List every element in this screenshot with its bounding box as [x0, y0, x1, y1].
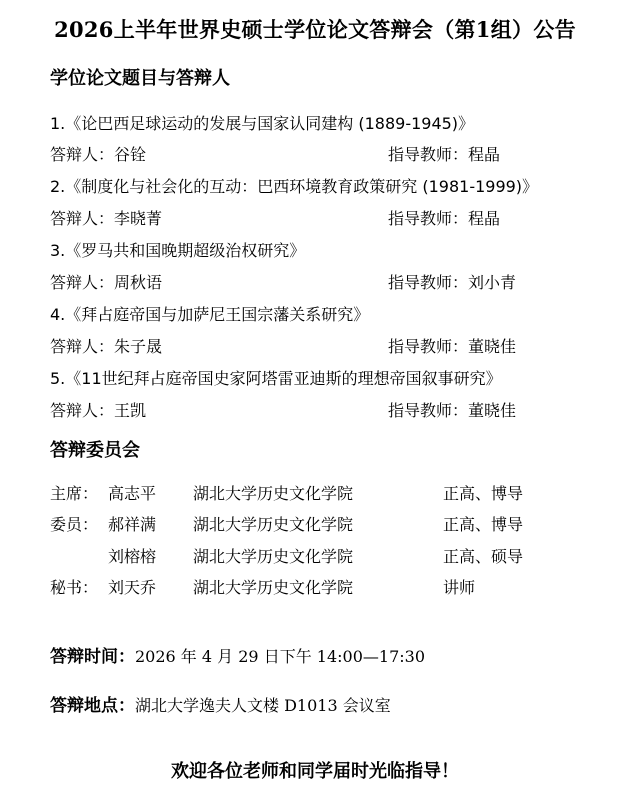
respondent-label: 答辩人： — [50, 273, 114, 292]
committee-member-row: 秘书： 刘天乔 湖北大学历史文化学院 讲师 — [0, 574, 630, 602]
member-rank: 正高、硕导 — [443, 543, 523, 571]
committee-member-row: 刘榕榕 湖北大学历史文化学院 正高、硕导 — [0, 543, 630, 571]
member-institution: 湖北大学历史文化学院 — [193, 511, 353, 539]
respondent-label: 答辩人： — [50, 209, 114, 228]
advisor-label: 指导教师： — [388, 401, 468, 420]
thesis-title: 《论巴西足球运动的发展与国家认同建构 (1889-1945)》 — [65, 114, 474, 133]
respondent-name: 朱子晟 — [114, 337, 162, 356]
member-name: 高志平 — [108, 480, 156, 508]
member-rank: 正高、博导 — [443, 511, 523, 539]
defense-time-value: 2026 年 4 月 29 日下午 14:00—17:30 — [135, 647, 425, 666]
respondent-label: 答辩人： — [50, 401, 114, 420]
advisor-label: 指导教师： — [388, 273, 468, 292]
thesis-people-row: 答辩人：朱子晟 指导教师：董晓佳 — [50, 333, 610, 361]
closing-invitation: 欢迎各位老师和同学届时光临指导！ — [0, 757, 630, 783]
respondent-name: 周秋语 — [114, 273, 162, 292]
defense-location: 答辩地点：湖北大学逸夫人文楼 D1013 会议室 — [50, 692, 391, 720]
thesis-people-row: 答辩人：王凯 指导教师：董晓佳 — [50, 397, 610, 425]
member-name: 刘天乔 — [108, 574, 156, 602]
defense-location-label: 答辩地点： — [50, 696, 135, 716]
member-name: 郝祥满 — [108, 511, 156, 539]
advisor-label: 指导教师： — [388, 145, 468, 164]
advisor-label: 指导教师： — [388, 337, 468, 356]
thesis-people-row: 答辩人：周秋语 指导教师：刘小青 — [50, 269, 610, 297]
thesis-title: 《拜占庭帝国与加萨尼王国宗藩关系研究》 — [65, 305, 369, 324]
respondent-label: 答辩人： — [50, 337, 114, 356]
advisor-name: 刘小青 — [468, 273, 516, 292]
member-name: 刘榕榕 — [108, 543, 156, 571]
member-institution: 湖北大学历史文化学院 — [193, 574, 353, 602]
thesis-number: 1. — [50, 114, 65, 133]
advisor-name: 程晶 — [468, 209, 500, 228]
advisor-label: 指导教师： — [388, 209, 468, 228]
defense-time: 答辩时间：2026 年 4 月 29 日下午 14:00—17:30 — [50, 643, 425, 671]
respondent-name: 王凯 — [114, 401, 146, 420]
thesis-number: 5. — [50, 369, 65, 388]
committee-member-row: 主席： 高志平 湖北大学历史文化学院 正高、博导 — [0, 480, 630, 508]
thesis-title: 《罗马共和国晚期超级治权研究》 — [65, 241, 305, 260]
member-rank: 讲师 — [443, 574, 475, 602]
member-institution: 湖北大学历史文化学院 — [193, 480, 353, 508]
thesis-title-row: 1.《论巴西足球运动的发展与国家认同建构 (1889-1945)》 — [50, 110, 474, 138]
thesis-people-row: 答辩人：李晓菁 指导教师：程晶 — [50, 205, 610, 233]
thesis-title-row: 3.《罗马共和国晚期超级治权研究》 — [50, 237, 305, 265]
thesis-title-row: 5.《11世纪拜占庭帝国史家阿塔雷亚迪斯的理想帝国叙事研究》 — [50, 365, 502, 393]
respondent-label: 答辩人： — [50, 145, 114, 164]
thesis-title: 《制度化与社会化的互动：巴西环境教育政策研究 (1981-1999)》 — [65, 177, 538, 196]
page-title: 2026上半年世界史硕士学位论文答辩会（第1组）公告 — [0, 14, 630, 44]
member-role: 主席： — [50, 480, 98, 508]
thesis-title-row: 2.《制度化与社会化的互动：巴西环境教育政策研究 (1981-1999)》 — [50, 173, 538, 201]
member-role: 秘书： — [50, 574, 98, 602]
defense-time-label: 答辩时间： — [50, 647, 135, 667]
member-rank: 正高、博导 — [443, 480, 523, 508]
respondent-name: 谷铨 — [114, 145, 146, 164]
thesis-number: 2. — [50, 177, 65, 196]
thesis-people-row: 答辩人：谷铨 指导教师：程晶 — [50, 141, 610, 169]
advisor-name: 董晓佳 — [468, 401, 516, 420]
thesis-number: 4. — [50, 305, 65, 324]
member-role: 委员： — [50, 511, 98, 539]
member-institution: 湖北大学历史文化学院 — [193, 543, 353, 571]
thesis-number: 3. — [50, 241, 65, 260]
thesis-title: 《11世纪拜占庭帝国史家阿塔雷亚迪斯的理想帝国叙事研究》 — [65, 369, 501, 388]
advisor-name: 董晓佳 — [468, 337, 516, 356]
committee-section-heading: 答辩委员会 — [50, 436, 140, 462]
advisor-name: 程晶 — [468, 145, 500, 164]
defense-location-value: 湖北大学逸夫人文楼 D1013 会议室 — [135, 696, 391, 715]
thesis-title-row: 4.《拜占庭帝国与加萨尼王国宗藩关系研究》 — [50, 301, 369, 329]
committee-member-row: 委员： 郝祥满 湖北大学历史文化学院 正高、博导 — [0, 511, 630, 539]
theses-section-heading: 学位论文题目与答辩人 — [50, 64, 230, 90]
respondent-name: 李晓菁 — [114, 209, 162, 228]
